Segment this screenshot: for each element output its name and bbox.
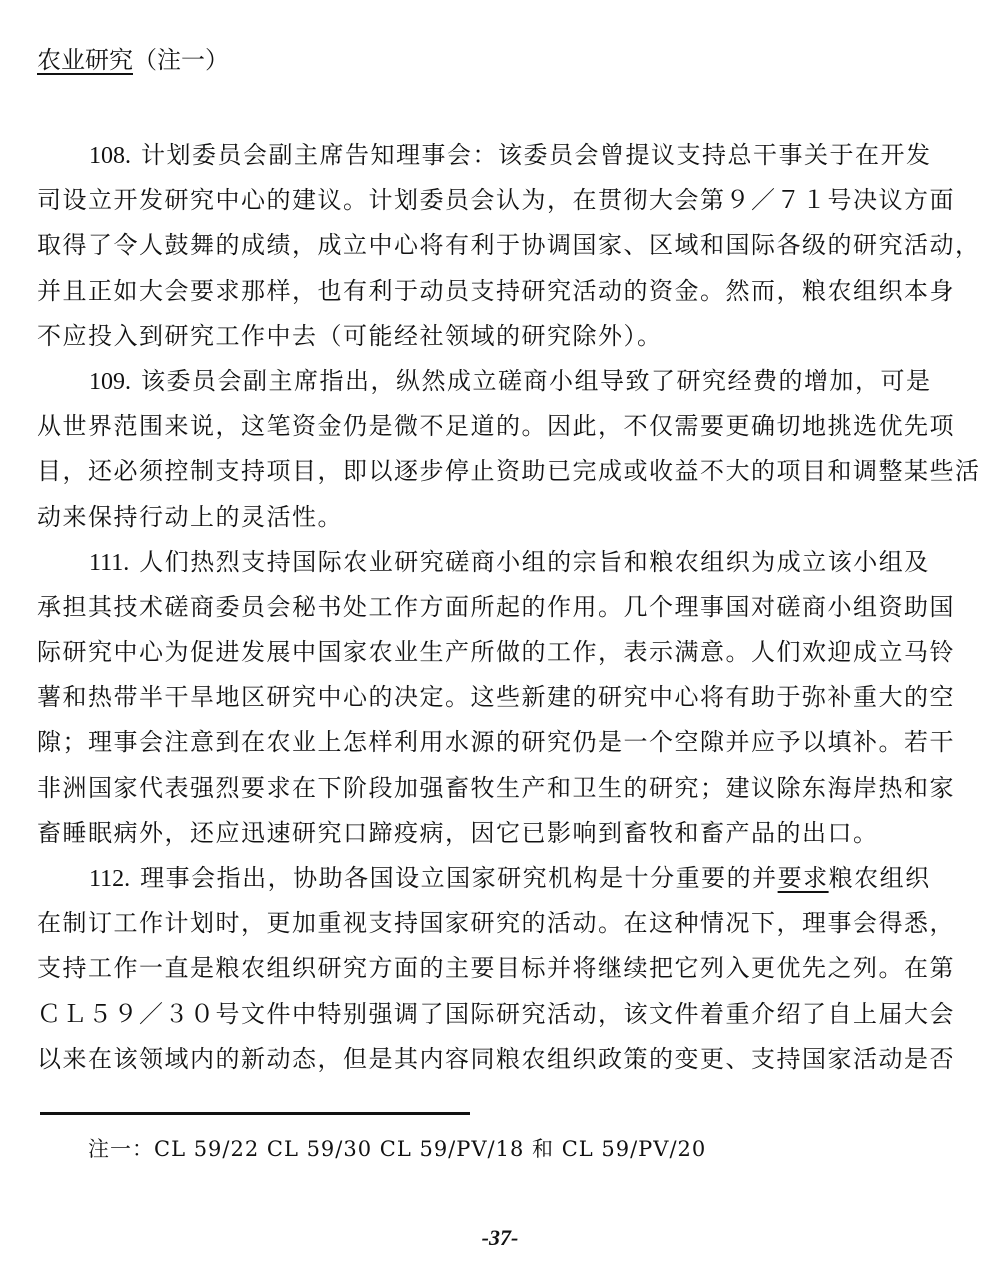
document-page: 农业研究（注一） 108.计划委员会副主席告知理事会：该委员会曾提议支持总干事关… [0, 0, 1000, 1287]
footnote-reference: （注一） [133, 46, 229, 74]
paragraph-number: 108. [89, 143, 131, 169]
paragraph-108-line-2: 司设立开发研究中心的建议。计划委员会认为，在贯彻大会第９／７１号决议方面 [37, 178, 967, 223]
section-title: 农业研究 [37, 46, 133, 74]
paragraph-109-line-4: 动来保持行动上的灵活性。 [37, 495, 967, 540]
paragraph-108-line-3: 取得了令人鼓舞的成绩，成立中心将有利于协调国家、区域和国际各级的研究活动， [37, 223, 967, 268]
paragraph-111-line-1: 111.人们热烈支持国际农业研究磋商小组的宗旨和粮农组织为成立该小组及 [37, 540, 967, 585]
paragraph-number: 112. [89, 866, 130, 892]
paragraph-109-line-2: 从世界范围来说，这笔资金仍是微不足道的。因此，不仅需要更确切地挑选优先项 [37, 404, 967, 449]
paragraph-111-line-2: 承担其技术磋商委员会秘书处工作方面所起的作用。几个理事国对磋商小组资助国 [37, 585, 967, 630]
paragraph-111-line-6: 非洲国家代表强烈要求在下阶段加强畜牧生产和卫生的研究；建议除东海岸热和家 [37, 766, 967, 811]
page-number: -37- [0, 1225, 1000, 1251]
footnote-divider [40, 1112, 470, 1115]
paragraph-111-line-4: 薯和热带半干旱地区研究中心的决定。这些新建的研究中心将有助于弥补重大的空 [37, 675, 967, 720]
paragraph-108-line-5: 不应投入到研究工作中去（可能经社领域的研究除外）。 [37, 314, 967, 359]
paragraph-112-line-4: ＣＬ５９／３０号文件中特别强调了国际研究活动，该文件着重介绍了自上届大会 [37, 992, 967, 1037]
underlined-phrase: 要求 [778, 864, 829, 892]
paragraph-112-line-2: 在制订工作计划时，更加重视支持国家研究的活动。在这种情况下，理事会得悉， [37, 901, 967, 946]
paragraph-111-line-3: 际研究中心为促进发展中国家农业生产所做的工作，表示满意。人们欢迎成立马铃 [37, 630, 967, 675]
paragraph-number: 111. [89, 550, 129, 576]
paragraph-111-line-5: 隙；理事会注意到在农业上怎样利用水源的研究仍是一个空隙并应予以填补。若干 [37, 720, 967, 765]
paragraph-108-line-1: 108.计划委员会副主席告知理事会：该委员会曾提议支持总干事关于在开发 [37, 133, 967, 178]
body-text: 108.计划委员会副主席告知理事会：该委员会曾提议支持总干事关于在开发 司设立开… [37, 133, 967, 1082]
paragraph-112-line-1: 112.理事会指出，协助各国设立国家研究机构是十分重要的并要求粮农组织 [37, 856, 967, 901]
section-heading: 农业研究（注一） [37, 42, 229, 78]
footnote: 注一：CL 59/22 CL 59/30 CL 59/PV/18 和 CL 59… [88, 1133, 706, 1165]
paragraph-112-line-5: 以来在该领域内的新动态，但是其内容同粮农组织政策的变更、支持国家活动是否 [37, 1037, 967, 1082]
paragraph-111-line-7: 畜睡眠病外，还应迅速研究口蹄疫病，因它已影响到畜牧和畜产品的出口。 [37, 811, 967, 856]
paragraph-109-line-3: 目，还必须控制支持项目，即以逐步停止资助已完成或收益不大的项目和调整某些活 [37, 449, 967, 494]
paragraph-112-line-3: 支持工作一直是粮农组织研究方面的主要目标并将继续把它列入更优先之列。在第 [37, 946, 967, 991]
paragraph-108-line-4: 并且正如大会要求那样，也有利于动员支持研究活动的资金。然而，粮农组织本身 [37, 269, 967, 314]
paragraph-number: 109. [89, 369, 131, 395]
paragraph-109-line-1: 109.该委员会副主席指出，纵然成立磋商小组导致了研究经费的增加，可是 [37, 359, 967, 404]
